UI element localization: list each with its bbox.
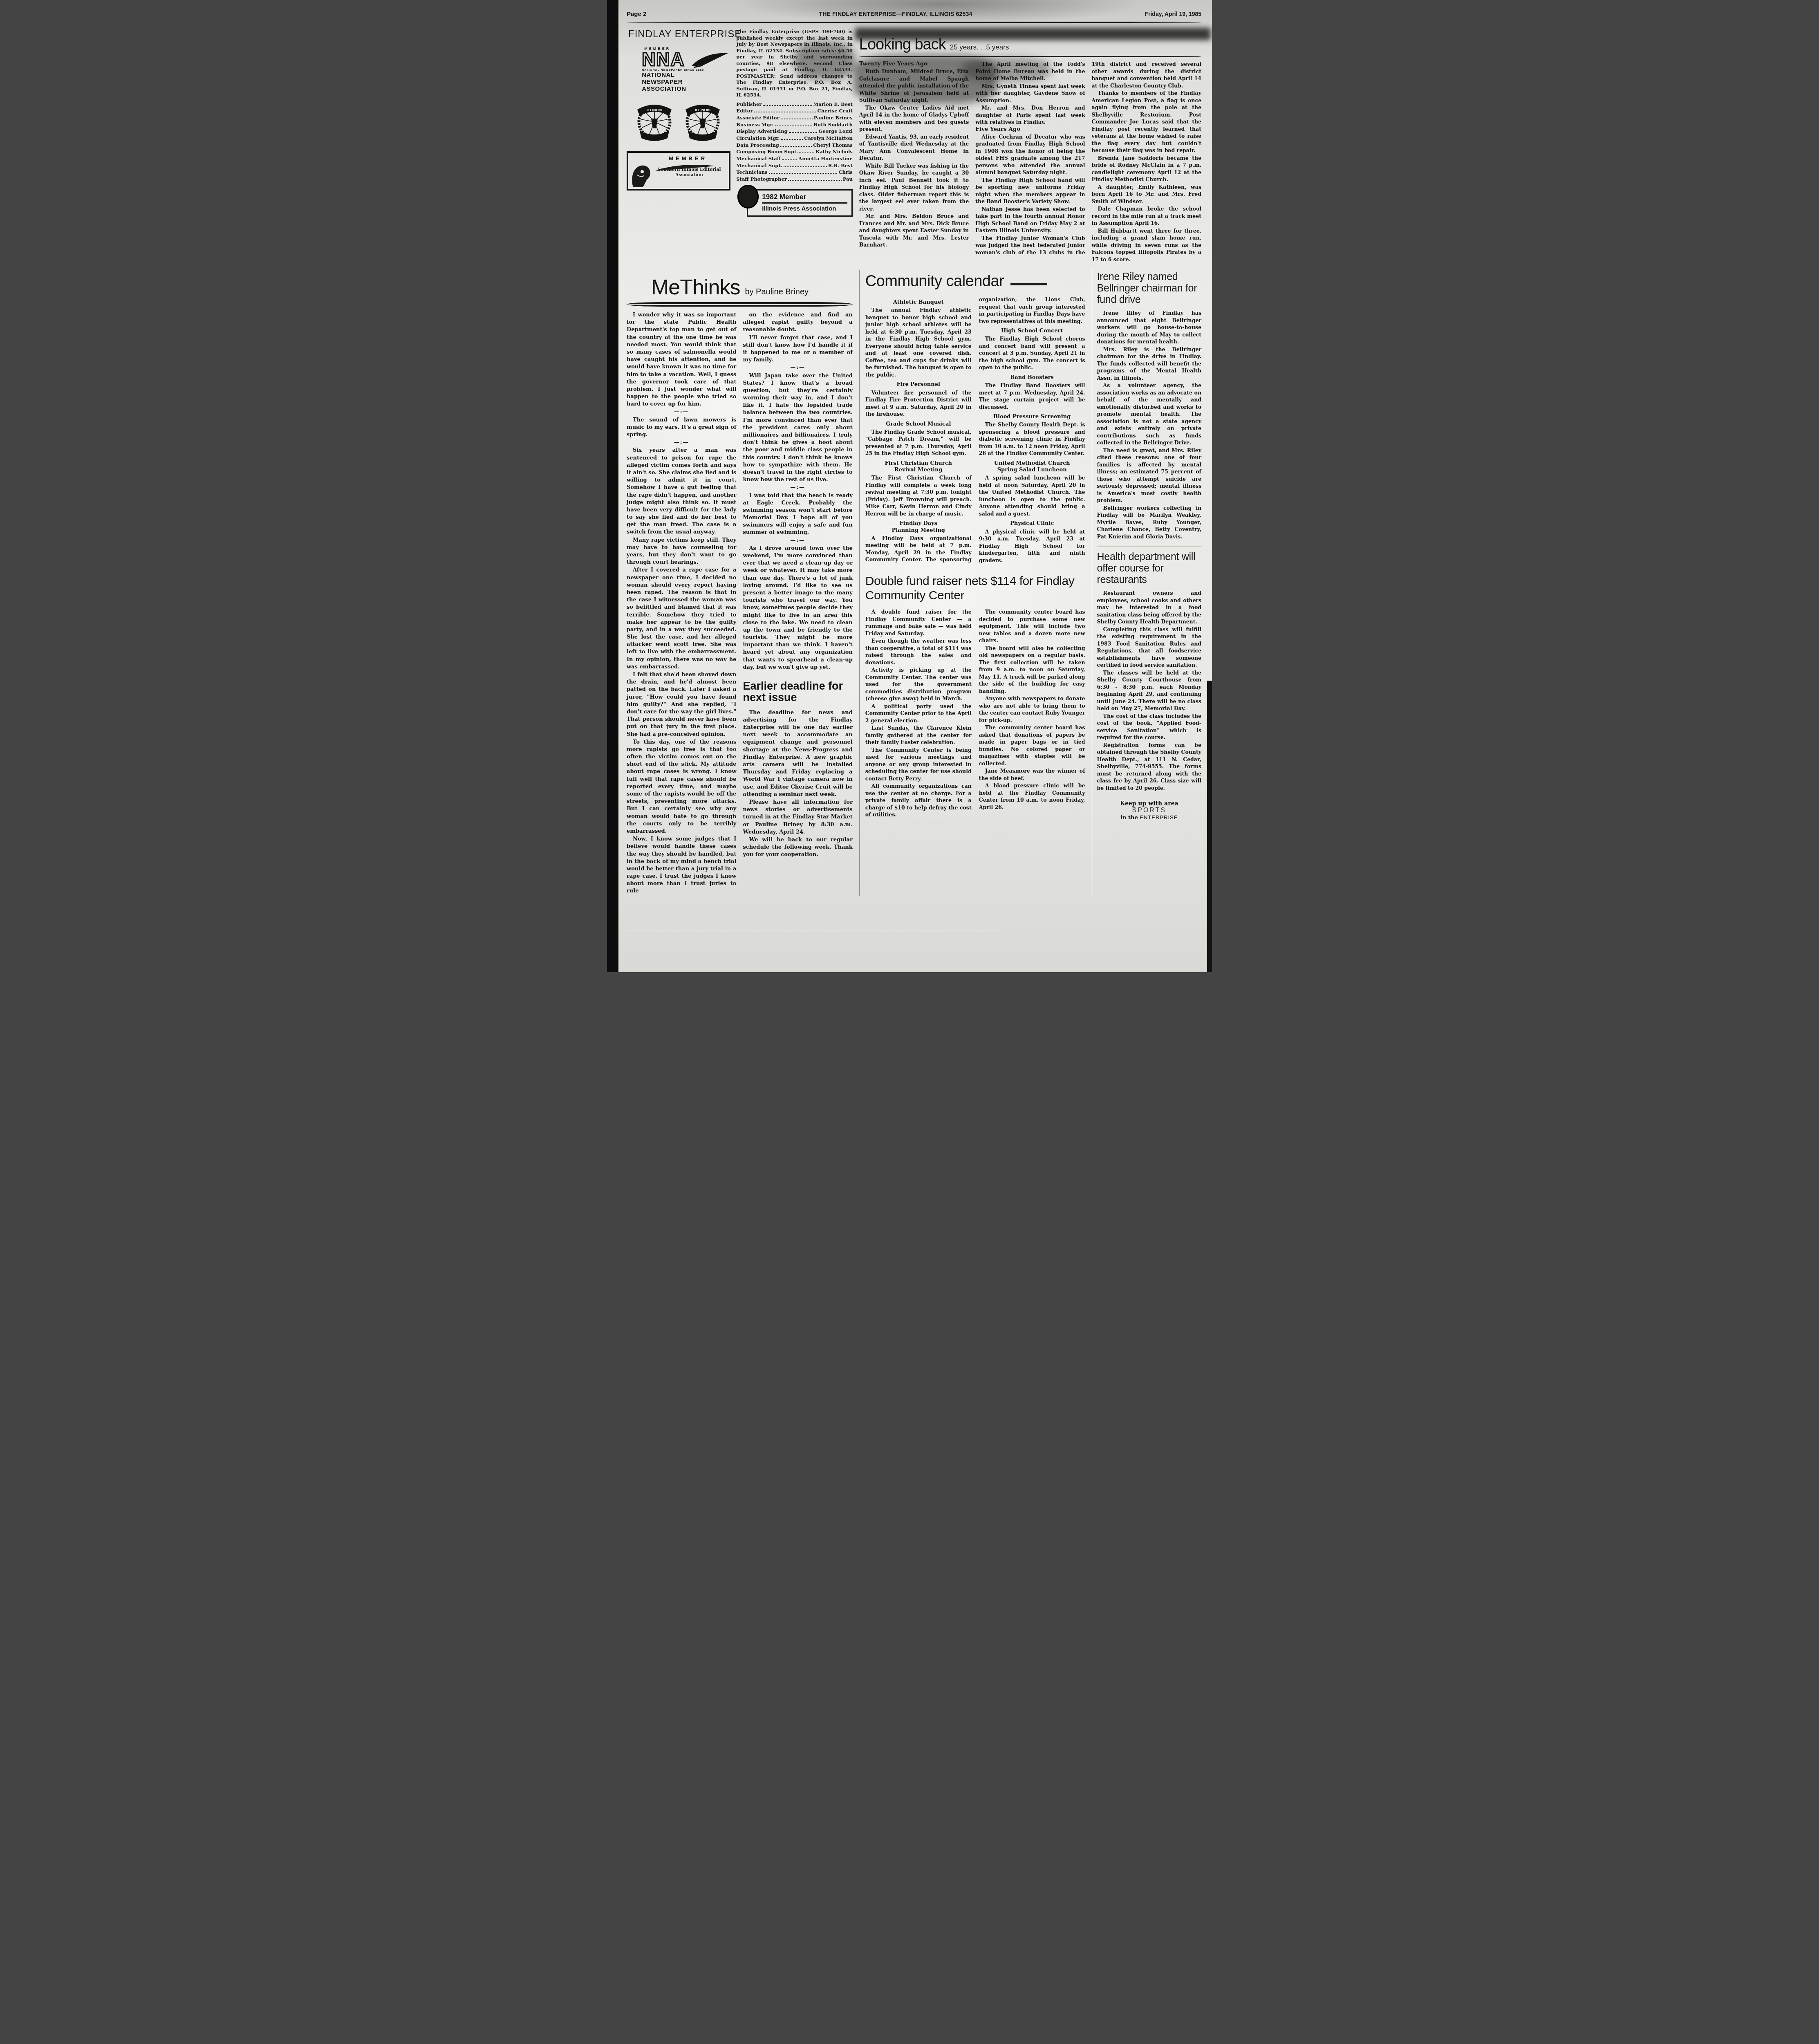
article-paragraph: Jane Measmore was the winner of the side… bbox=[979, 767, 1085, 782]
calendar-event: Blood Pressure Screening The Shelby Coun… bbox=[979, 414, 1085, 457]
article-paragraph: The Findlay High School band will be spo… bbox=[975, 177, 1085, 205]
calendar-event: Grade School Musical The Findlay Grade S… bbox=[865, 421, 972, 457]
dot-leader bbox=[799, 152, 814, 153]
article-paragraph: The community center board has asked tha… bbox=[979, 724, 1085, 767]
headline-dash bbox=[1010, 283, 1047, 285]
clock-icon bbox=[737, 185, 759, 208]
five-years-heading: Five Years Ago bbox=[975, 126, 1085, 132]
looking-back-section: Looking back 25 years. . .5 years Twenty… bbox=[859, 29, 1201, 263]
event-body: The annual Findlay athletic banquet to h… bbox=[865, 307, 972, 378]
sports-promo: Keep up with area SPORTS in the ENTERPRI… bbox=[1097, 800, 1201, 821]
article-paragraph: Nathan Jesse has been selected to take p… bbox=[975, 206, 1085, 234]
article-paragraph: The deadline for news and advertising fo… bbox=[743, 709, 852, 798]
staff-row: Staff Photographer Pau bbox=[736, 176, 853, 183]
newspaper-title-banner: THE FINDLAY ENTERPRISE—FINDLAY, ILLINOIS… bbox=[646, 11, 1145, 17]
event-body: The Shelby County Health Dept. is sponso… bbox=[979, 421, 1085, 457]
article-paragraph: Dale Chapman broke the school record in … bbox=[1092, 205, 1201, 227]
article-paragraph: Please have all information for news sto… bbox=[743, 799, 852, 836]
section-rule bbox=[859, 56, 1201, 57]
staff-role: Technicians bbox=[736, 169, 767, 176]
svg-text:ILLINOIS: ILLINOIS bbox=[647, 108, 662, 112]
promo-sports-label: SPORTS bbox=[1097, 807, 1201, 814]
staff-role: Mechanical Supt. bbox=[736, 162, 782, 169]
promo-line1: Keep up with area bbox=[1097, 800, 1201, 807]
staff-row: Associate Editor Pauline Briney bbox=[736, 114, 853, 121]
article-paragraph: Mrs. Riley is the Bellringer chairman fo… bbox=[1097, 346, 1201, 382]
double-rule bbox=[627, 302, 853, 307]
article-paragraph: Bill Hubbartt went three for three, incl… bbox=[1092, 227, 1201, 263]
quill-swoosh-icon bbox=[654, 164, 716, 173]
staff-row: Technicians Chris bbox=[736, 169, 853, 176]
event-title: Physical Clinic bbox=[979, 520, 1085, 527]
dot-leader bbox=[781, 119, 813, 119]
earlier-deadline-body: The deadline for news and advertising fo… bbox=[743, 709, 852, 859]
article-paragraph: —:— bbox=[627, 408, 736, 416]
nna-acronym: NNA bbox=[642, 51, 715, 69]
event-title: First Christian Church Revival Meeting bbox=[865, 460, 972, 474]
dot-leader bbox=[769, 173, 838, 174]
article-paragraph: While Bill Tucker was fishing in the Oka… bbox=[859, 162, 969, 213]
publication-fine-print: The Findlay Enterprise (USPS 190-760) is… bbox=[736, 29, 853, 99]
staff-role: Circulation Mgr. bbox=[736, 135, 780, 142]
right-rail: Irene Riley named Bellringer chairman fo… bbox=[1092, 270, 1201, 896]
staff-name: Annetta Hortenstine bbox=[798, 155, 852, 162]
staff-role: Data Processing bbox=[736, 142, 779, 149]
article-paragraph: Mrs. Gyneth Tinnea spent last week with … bbox=[975, 83, 1085, 104]
article-paragraph: As a volunteer agency, the association w… bbox=[1097, 382, 1201, 446]
event-title: United Methodist Church Spring Salad Lun… bbox=[979, 460, 1085, 474]
article-paragraph: Even though the weather was less than co… bbox=[865, 637, 972, 666]
staff-name: R.R. Best bbox=[828, 162, 853, 169]
sie-member-box: MEMBER Southern Illinois Editorial Assoc… bbox=[627, 151, 730, 191]
staff-name: Pauline Briney bbox=[814, 114, 853, 121]
looking-back-body: Twenty Five Years Ago Ruth Dunham, Mildr… bbox=[859, 61, 1201, 263]
promo-brand: ENTERPRISE bbox=[1140, 814, 1178, 820]
staff-name: Cheryl Thomas bbox=[813, 142, 853, 149]
methinks-col2: on the evidence and find an alleged rapi… bbox=[743, 312, 852, 671]
article-paragraph: All community organizations can use the … bbox=[865, 782, 972, 818]
article-paragraph: The April meeting of the Todd's Point Ho… bbox=[975, 61, 1085, 82]
article-paragraph: To this day, one of the reasons more rap… bbox=[627, 739, 736, 835]
fund-raiser-body: A double fund raiser for the Findlay Com… bbox=[865, 608, 1085, 818]
dot-leader bbox=[763, 105, 812, 106]
staff-role: Publisher bbox=[736, 101, 762, 108]
article-paragraph: Now, I know some judges that I believe w… bbox=[627, 836, 736, 895]
health-course-body: Restaurant owners and employees, school … bbox=[1097, 589, 1201, 791]
staff-row: Display Advertising George Lozzi bbox=[736, 128, 853, 135]
page-header: Page 2 THE FINDLAY ENTERPRISE—FINDLAY, I… bbox=[627, 11, 1201, 18]
dot-leader bbox=[789, 132, 818, 133]
staff-row: Circulation Mgr. Carolyn McHatton bbox=[736, 135, 853, 142]
event-title: Findlay Days Planning Meeting bbox=[865, 520, 972, 534]
event-body: The First Christian Church of Findlay wi… bbox=[865, 474, 972, 517]
article-paragraph: Mr. and Mrs. Don Herron and daughter of … bbox=[975, 104, 1085, 126]
nna-tagline: NATIONAL NEWSPAPER SINCE 1885 bbox=[642, 69, 715, 72]
staff-name: Pau bbox=[843, 176, 853, 183]
film-edge-right bbox=[1207, 681, 1212, 972]
methinks-col1: I wonder why it was so important for the… bbox=[627, 312, 736, 896]
article-paragraph: Will Japan take over the United States? … bbox=[743, 372, 852, 484]
staff-role: Mechanical Staff bbox=[736, 155, 781, 162]
illinois-contest-badge-right: ILLINOIS bbox=[681, 99, 724, 144]
event-title: Band Boosters bbox=[979, 374, 1085, 381]
methinks-byline: by Pauline Briney bbox=[745, 287, 809, 297]
calendar-event: United Methodist Church Spring Salad Lun… bbox=[979, 460, 1085, 518]
staff-role: Editor bbox=[736, 108, 753, 114]
event-body: A physical clinic will be held at 9:30 a… bbox=[979, 528, 1085, 564]
event-body: The Findlay High School chorus and conce… bbox=[979, 335, 1085, 371]
article-paragraph: Brenda Jane Saddoris became the bride of… bbox=[1092, 155, 1201, 183]
article-paragraph: A blood pressure clinic will be held at … bbox=[979, 782, 1085, 811]
dot-leader bbox=[775, 126, 813, 126]
nna-line1: NATIONAL NEWSPAPER bbox=[642, 72, 715, 85]
calendar-event: Physical Clinic A physical clinic will b… bbox=[979, 520, 1085, 564]
article-paragraph: Anyone with newspapers to donate who are… bbox=[979, 695, 1085, 724]
community-calendar-body: Athletic Banquet The annual Findlay athl… bbox=[865, 296, 1085, 564]
article-paragraph: I wonder why it was so important for the… bbox=[627, 312, 736, 408]
staff-name: Carolyn McHatton bbox=[804, 135, 852, 142]
article-paragraph: As I drove around town over the weekend,… bbox=[743, 545, 852, 671]
article-paragraph: The classes will be held at the Shelby C… bbox=[1097, 669, 1201, 712]
article-paragraph: Mr. and Mrs. Beldon Bruce and Frances an… bbox=[859, 213, 969, 249]
calendar-event: First Christian Church Revival Meeting T… bbox=[865, 460, 972, 518]
masthead-title: FINDLAY ENTERPRISE bbox=[628, 29, 730, 40]
article-paragraph: Ruth Dunham, Mildred Bruce, Etta Colclas… bbox=[859, 68, 969, 104]
event-title: Athletic Banquet bbox=[865, 299, 972, 306]
article-paragraph: Completing this class will fulfill the e… bbox=[1097, 626, 1201, 669]
event-body: Volunteer fire personnel of the Findlay … bbox=[865, 389, 972, 418]
bellringer-headline: Irene Riley named Bellringer chairman fo… bbox=[1097, 271, 1201, 305]
dot-leader bbox=[780, 146, 812, 147]
article-paragraph: —:— bbox=[743, 537, 852, 545]
staff-role: Display Advertising bbox=[736, 128, 787, 135]
article-paragraph: The community center board has decided t… bbox=[979, 608, 1085, 644]
article-paragraph: Edward Yantis, 93, an early resident of … bbox=[859, 133, 969, 162]
calendar-event: Fire Personnel Volunteer fire personnel … bbox=[865, 381, 972, 417]
event-body: The Findlay Band Boosters will meet at 7… bbox=[979, 382, 1085, 410]
event-title: High School Concert bbox=[979, 328, 1085, 334]
film-edge-left bbox=[607, 0, 618, 972]
ipa-line2: Illinois Press Association bbox=[762, 205, 847, 212]
event-title: Blood Pressure Screening bbox=[979, 414, 1085, 420]
event-title: Grade School Musical bbox=[865, 421, 972, 428]
article-paragraph: Irene Riley of Findlay has announced tha… bbox=[1097, 309, 1201, 345]
page-number: Page 2 bbox=[627, 11, 646, 18]
health-course-headline: Health department will offer course for … bbox=[1097, 551, 1201, 585]
dot-leader bbox=[788, 180, 842, 181]
staff-row: Composing Room Supt. Kathy Nichols bbox=[736, 148, 853, 155]
methinks-column: MeThinks by Pauline Briney I wonder why … bbox=[627, 273, 853, 896]
article-paragraph: I'll never forget that case, and I still… bbox=[743, 334, 852, 364]
article-paragraph: —:— bbox=[743, 364, 852, 372]
event-body: The Findlay Grade School musical, "Cabba… bbox=[865, 428, 972, 457]
staff-name: George Lozzi bbox=[818, 128, 852, 135]
newspaper-page: Page 2 THE FINDLAY ENTERPRISE—FINDLAY, I… bbox=[607, 0, 1212, 972]
calendar-event: Athletic Banquet The annual Findlay athl… bbox=[865, 299, 972, 378]
dog-icon bbox=[630, 163, 654, 188]
article-paragraph: The sound of lawn mowers is music to my … bbox=[627, 417, 736, 439]
calendar-event: High School Concert The Findlay High Sch… bbox=[979, 328, 1085, 371]
article-paragraph: The board will also be collecting old ne… bbox=[979, 645, 1085, 695]
article-paragraph: The cost of the class includes the cost … bbox=[1097, 713, 1201, 741]
staff-row: Data Processing Cheryl Thomas bbox=[736, 142, 853, 149]
looking-back-headline: Looking back bbox=[859, 36, 946, 54]
staff-name: Kathy Nichols bbox=[815, 148, 853, 155]
middle-section: Community calendar Athletic Banquet The … bbox=[859, 270, 1085, 896]
staff-role: Business Mgr. bbox=[736, 121, 773, 128]
ink-smudge bbox=[794, 43, 855, 79]
nna-line2: ASSOCIATION bbox=[642, 85, 715, 92]
article-paragraph: Last Sunday, the Clarence Klein family g… bbox=[865, 724, 972, 746]
nna-logo: MEMBER NNA NATIONAL NEWSPAPER SINCE 1885… bbox=[642, 47, 715, 92]
article-paragraph: —:— bbox=[627, 439, 736, 446]
article-paragraph: A daughter, Emily Kathleen, was born Apr… bbox=[1092, 184, 1201, 205]
fund-raiser-headline: Double fund raiser nets $114 for Findlay… bbox=[865, 574, 1085, 603]
staff-row: Editor Cherise Cruit bbox=[736, 108, 853, 114]
calendar-event: Band Boosters The Findlay Band Boosters … bbox=[979, 374, 1085, 410]
community-calendar-headline: Community calendar bbox=[865, 273, 1004, 290]
header-rule bbox=[627, 22, 1201, 23]
event-body: A spring salad luncheon will be held at … bbox=[979, 474, 1085, 517]
ipa-member-box: 1982 Member Illinois Press Association bbox=[747, 189, 853, 217]
staff-name: Chris bbox=[838, 169, 852, 176]
staff-list: Publisher Marion E. Best Editor Cherise … bbox=[736, 101, 853, 183]
article-paragraph: I was told that the beach is ready at Ea… bbox=[743, 492, 852, 537]
article-paragraph: The Okaw Center Ladies Aid met April 14 … bbox=[859, 104, 969, 133]
article-paragraph: We will be back to our regular schedule … bbox=[743, 836, 852, 859]
dot-leader bbox=[784, 166, 827, 167]
earlier-deadline-headline: Earlier deadline for next issue bbox=[743, 680, 852, 704]
twenty-five-years-heading: Twenty Five Years Ago bbox=[859, 61, 969, 67]
dot-leader bbox=[782, 159, 797, 160]
svg-text:ILLINOIS: ILLINOIS bbox=[695, 108, 710, 112]
article-paragraph: on the evidence and find an alleged rapi… bbox=[743, 312, 852, 334]
article-paragraph: —:— bbox=[743, 484, 852, 491]
article-paragraph: The need is great, and Mrs. Riley cited … bbox=[1097, 447, 1201, 504]
staff-row: Mechanical Supt. R.R. Best bbox=[736, 162, 853, 169]
article-paragraph: After I covered a rape case for a newspa… bbox=[627, 567, 736, 671]
article-paragraph: Bellringer workers collecting in Findlay… bbox=[1097, 504, 1201, 540]
staff-name: Marion E. Best bbox=[813, 101, 853, 108]
article-paragraph: Activity is picking up at the Community … bbox=[865, 666, 972, 702]
staff-role: Staff Photographer bbox=[736, 176, 787, 183]
page-date: Friday, April 19, 1985 bbox=[1145, 11, 1201, 17]
article-paragraph: The Community Center is being used for v… bbox=[865, 746, 972, 782]
illinois-contest-badge-left: ILLINOIS bbox=[633, 99, 676, 144]
article-paragraph: I felt that she'd been shoved down the d… bbox=[627, 671, 736, 738]
staff-row: Publisher Marion E. Best bbox=[736, 101, 853, 108]
looking-back-subhead: 25 years. . .5 years bbox=[950, 43, 1009, 52]
promo-line3-prefix: in the bbox=[1120, 815, 1138, 821]
staff-name: Ruth Suddarth bbox=[813, 121, 853, 128]
dot-leader bbox=[754, 112, 816, 112]
article-paragraph: A double fund raiser for the Findlay Com… bbox=[865, 608, 972, 637]
article-paragraph: Six years after a man was sentenced to p… bbox=[627, 447, 736, 536]
contest-badges: ILLINOIS bbox=[627, 99, 730, 144]
article-paragraph: Restaurant owners and employees, school … bbox=[1097, 589, 1201, 625]
article-paragraph: Many rape victims keep still. They may h… bbox=[627, 537, 736, 567]
bellringer-body: Irene Riley of Findlay has announced tha… bbox=[1097, 309, 1201, 540]
staff-row: Business Mgr. Ruth Suddarth bbox=[736, 121, 853, 128]
member-label: MEMBER bbox=[650, 155, 726, 161]
staff-name: Cherise Cruit bbox=[817, 108, 852, 114]
staff-row: Mechanical Staff Annetta Hortenstine bbox=[736, 155, 853, 162]
staff-role: Composing Room Supt. bbox=[736, 148, 798, 155]
methinks-headline: MeThinks bbox=[651, 275, 740, 300]
masthead: FINDLAY ENTERPRISE MEMBER NNA NATIONAL N… bbox=[627, 29, 853, 263]
quill-icon bbox=[690, 52, 729, 68]
promo-line3: in the ENTERPRISE bbox=[1097, 814, 1201, 821]
article-paragraph: Thanks to members of the Findlay America… bbox=[1092, 90, 1201, 154]
article-paragraph: A political party used the Community Cen… bbox=[865, 703, 972, 724]
article-divider bbox=[1097, 547, 1201, 547]
staff-role: Associate Editor bbox=[736, 114, 779, 121]
event-title: Fire Personnel bbox=[865, 381, 972, 388]
dot-leader bbox=[781, 139, 803, 140]
fold-line bbox=[627, 931, 1002, 931]
article-paragraph: Registration forms can be obtained throu… bbox=[1097, 742, 1201, 792]
ipa-line1: 1982 Member bbox=[762, 193, 847, 204]
article-paragraph: Alice Cochran of Decatur who was graduat… bbox=[975, 133, 1085, 176]
